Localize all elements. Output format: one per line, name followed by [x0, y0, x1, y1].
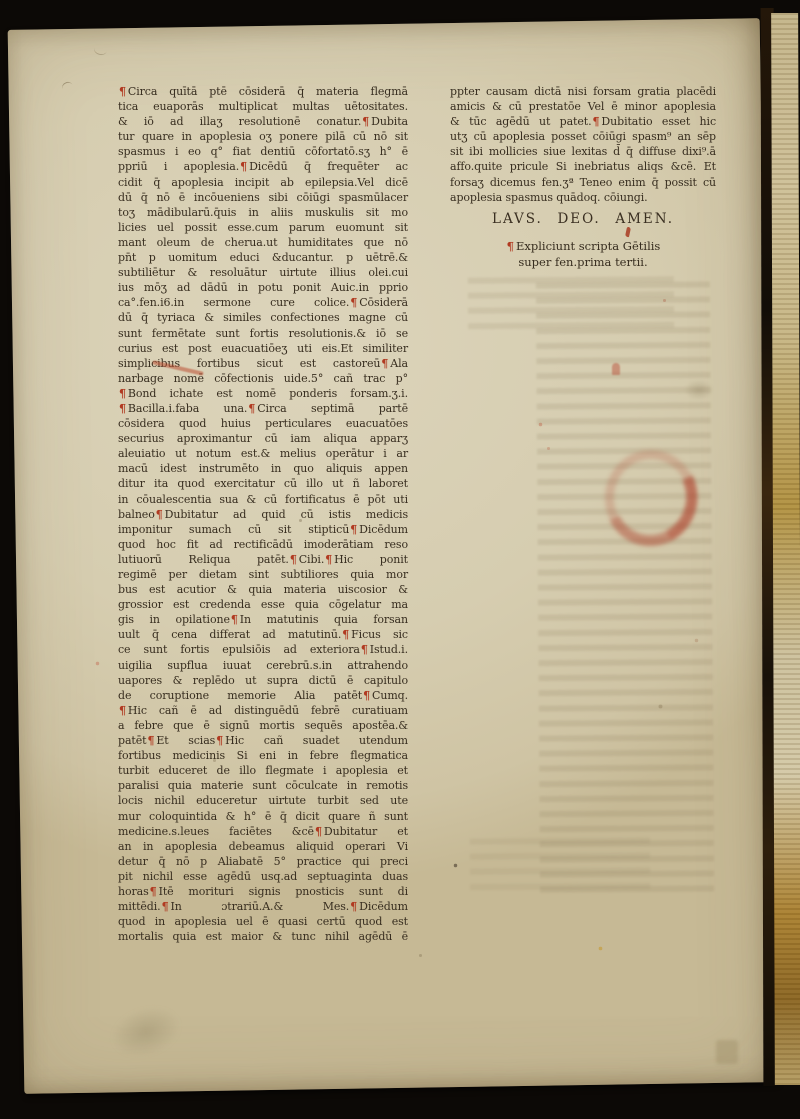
- text-line: cōsidera quod huius perticulares euacuat…: [118, 416, 408, 431]
- laus-word: LAVS.: [492, 211, 543, 227]
- text-line: pn̄t p uomitum educi &ducantur. p uētrē.…: [118, 250, 408, 265]
- text-line: uapores & replēdo ut supra dictū ē capit…: [118, 673, 408, 688]
- text-line: ca°.fen.i6.in sermone cure colice.¶Cōsid…: [118, 295, 408, 310]
- pilcrow-mark: ¶: [147, 734, 154, 747]
- showthrough-text-block: [536, 281, 714, 892]
- pilcrow-mark: ¶: [119, 704, 126, 717]
- pilcrow-mark: ¶: [231, 613, 238, 626]
- pilcrow-mark: ¶: [593, 115, 600, 128]
- text-line: toʒ mādibularū.q̄uis in aliis muskulis s…: [118, 205, 408, 220]
- text-line: uigilia supflua iuuat cerebrū.s.in attra…: [118, 658, 408, 673]
- text-line: uult q̄ cena differat ad matutinū.¶Ficus…: [118, 627, 408, 642]
- pilcrow-mark: ¶: [342, 628, 349, 641]
- scan-background: { "page": { "left_column": { "lines": [ …: [0, 0, 800, 1119]
- pilcrow-mark: ¶: [216, 734, 223, 747]
- amen-word: AMEN.: [615, 211, 674, 227]
- text-line: spasmus i eo q° fiat dentiū cōfortatō.sʒ…: [118, 144, 408, 159]
- pilcrow-mark: ¶: [119, 85, 126, 98]
- laus-deo-amen-line: LAVS. DEO. AMEN.: [450, 211, 716, 227]
- text-line: ditur ita quod exercitatur cū illo ut ñ …: [118, 476, 408, 491]
- text-line: ¶Expliciunt scripta Gētilis: [450, 239, 716, 255]
- text-line: mortalis quia est maior & tunc nihil agē…: [118, 929, 408, 944]
- text-line: ius mōʒ ad dādū in potu ponit Auic.in pp…: [118, 280, 408, 295]
- text-line: medicine.s.leues faciētes &cē¶Dubitatur …: [118, 824, 408, 839]
- pilcrow-mark: ¶: [362, 115, 369, 128]
- text-line: & iō ad illaʒ resolutionē conatur.¶Dubit…: [118, 114, 408, 129]
- left-text-column: ¶Circa quītā ptē cōsiderā q̄ materia fle…: [118, 84, 408, 944]
- text-line: quod in apoplesia uel ē quasi certū quod…: [118, 914, 408, 929]
- text-line: sit ibi mollicies siue lexitas d̄ q̄ dif…: [450, 144, 716, 159]
- pilcrow-mark: ¶: [248, 402, 255, 415]
- text-line: mant oleum de cherua.ut humiditates que …: [118, 235, 408, 250]
- pilcrow-mark: ¶: [350, 523, 357, 536]
- right-text-column: ppter causam dictā nisi forsam gratia pl…: [450, 84, 716, 205]
- pilcrow-mark: ¶: [363, 689, 370, 702]
- pilcrow-mark: ¶: [350, 900, 357, 913]
- text-line: licies uel possit esse.cum parum euomunt…: [118, 220, 408, 235]
- text-line: patēt¶Et scias¶Hic cañ suadet utendum: [118, 733, 408, 748]
- text-line: a febre que ē signū mortis sequēs apostē…: [118, 718, 408, 733]
- text-line: gis in opilatione¶In matutinis quia fors…: [118, 612, 408, 627]
- text-line: ¶Circa quītā ptē cōsiderā q̄ materia fle…: [118, 84, 408, 99]
- pilcrow-mark: ¶: [162, 900, 169, 913]
- text-line: de coruptione memorie Alia patēt¶Cumq.: [118, 688, 408, 703]
- explicit-colophon: ¶Expliciunt scripta Gētilissuper fen.pri…: [450, 239, 716, 270]
- text-line: ¶Bond ichate est nomē ponderis forsam.ʒ.…: [118, 386, 408, 401]
- text-line: locis nichil educeretur uirtute turbit s…: [118, 793, 408, 808]
- text-line: & tūc agēdū ut patet.¶Dubitatio esset hi…: [450, 114, 716, 129]
- pilcrow-mark: ¶: [240, 160, 247, 173]
- text-line: subtiliētur & resoluātur uirtute illius …: [118, 265, 408, 280]
- red-ghost-pilcrow: [612, 363, 620, 375]
- pilcrow-mark: ¶: [350, 296, 357, 309]
- text-line: mur coloquintida & h° ē q̄ dicit quare ñ…: [118, 809, 408, 824]
- text-line: ¶Bacilla.i.faba una.¶Circa septimā partē: [118, 401, 408, 416]
- text-line: ¶Hic cañ ē ad distinguēdū febrē curatiua…: [118, 703, 408, 718]
- text-line: securius aproximantur cū iam aliqua appa…: [118, 431, 408, 446]
- text-line: affo.quite pricule Si inebriatus aliqs &…: [450, 159, 716, 174]
- pilcrow-mark: ¶: [381, 357, 388, 370]
- text-line: amicis & cū prestatōe Vel ē minor apople…: [450, 99, 716, 114]
- pilcrow-mark: ¶: [315, 825, 322, 838]
- stain-right-margin: [684, 380, 714, 400]
- pilcrow-mark: ¶: [325, 553, 332, 566]
- text-line: quod hoc fit ad rectificādū imoderātiam …: [118, 537, 408, 552]
- pilcrow-mark: ¶: [290, 553, 297, 566]
- text-line: sunt fermētate sunt fortis resolutionis.…: [118, 326, 408, 341]
- text-line: imponitur sumach cū sit stipticū¶Dicēdum: [118, 522, 408, 537]
- text-line: tur quare in apoplesia oʒ ponere pilā cū…: [118, 129, 408, 144]
- adjacent-page-edge: [771, 13, 800, 1085]
- text-line: ppriū i apoplesia.¶Dicēdū q̄ frequēter a…: [118, 159, 408, 174]
- text-line: forsaʒ dicemus fen.ʒª Teneo enim q̄ poss…: [450, 175, 716, 190]
- text-line: utʒ cū apoplesia posset cōiūgi spasm⁹ an…: [450, 129, 716, 144]
- text-line: curius est post euacuatiōeʒ uti eis.Et s…: [118, 341, 408, 356]
- text-line: mittēdi.¶In ɔtrariū.A.& Mes.¶Dicēdum: [118, 899, 408, 914]
- pilcrow-mark: ¶: [507, 239, 514, 253]
- text-line: ce sunt fortis epulsiōis ad exteriora¶Is…: [118, 642, 408, 657]
- text-line: ppter causam dictā nisi forsam gratia pl…: [450, 84, 716, 99]
- text-line: macū idest instrumēto in quo aliquis app…: [118, 461, 408, 476]
- pilcrow-mark: ¶: [361, 643, 368, 656]
- pilcrow-mark: ¶: [156, 508, 163, 521]
- text-line: narbage nomē cōfectionis uide.5° cañ tra…: [118, 371, 408, 386]
- text-line: apoplesia spasmus quādoq. cōiungi.: [450, 190, 716, 205]
- pilcrow-mark: ¶: [119, 402, 126, 415]
- text-line: regimē per dietam sint subtiliores quia …: [118, 567, 408, 582]
- text-line: bus est acutior & quia materia uiscosior…: [118, 582, 408, 597]
- pilcrow-mark: ¶: [119, 387, 126, 400]
- paper-speck-field: [0, 0, 1, 1]
- text-line: an in apoplesia debeamus aliquid operari…: [118, 839, 408, 854]
- text-line: horas¶Itē morituri signis pnosticis sunt…: [118, 884, 408, 899]
- text-line: grossior est credenda esse quia cōgelatu…: [118, 597, 408, 612]
- stain-bottom-right: [716, 1040, 738, 1064]
- text-line: dū q̄ nō ē incōueniens sibi cōiūgi spasm…: [118, 190, 408, 205]
- text-line: paralisi quia materie sunt cōculcate in …: [118, 778, 408, 793]
- text-line: cidit q̄ apoplesia incipit ab epilepsia.…: [118, 175, 408, 190]
- text-line: aleuiatio ut notum est.& melius operātur…: [118, 446, 408, 461]
- showthrough-text-block: [470, 837, 650, 890]
- text-line: lutiuorū Reliqua patēt.¶Cibi.¶Hic ponit: [118, 552, 408, 567]
- text-line: turbit educeret de illo flegmate i apopl…: [118, 763, 408, 778]
- deo-word: DEO.: [557, 211, 600, 227]
- text-line: balneo¶Dubitatur ad quid cū istis medici…: [118, 507, 408, 522]
- red-ring-offset-stain: [605, 450, 697, 546]
- text-line: dū q̄ tyriaca & similes confectiones mag…: [118, 310, 408, 325]
- text-line: pit nichil esse agēdū usq.ad septuaginta…: [118, 869, 408, 884]
- text-line: in cōualescentia sua & cū fortificatus ē…: [118, 492, 408, 507]
- pilcrow-mark: ¶: [150, 885, 157, 898]
- text-line: tica euaporās multiplicat multas uētosit…: [118, 99, 408, 114]
- text-line: fortibus medicinis Si eni in febre flegm…: [118, 748, 408, 763]
- text-line: super fen.prima tertii.: [450, 255, 716, 271]
- text-line: detur q̄ nō p Aliabatē 5° practice qui p…: [118, 854, 408, 869]
